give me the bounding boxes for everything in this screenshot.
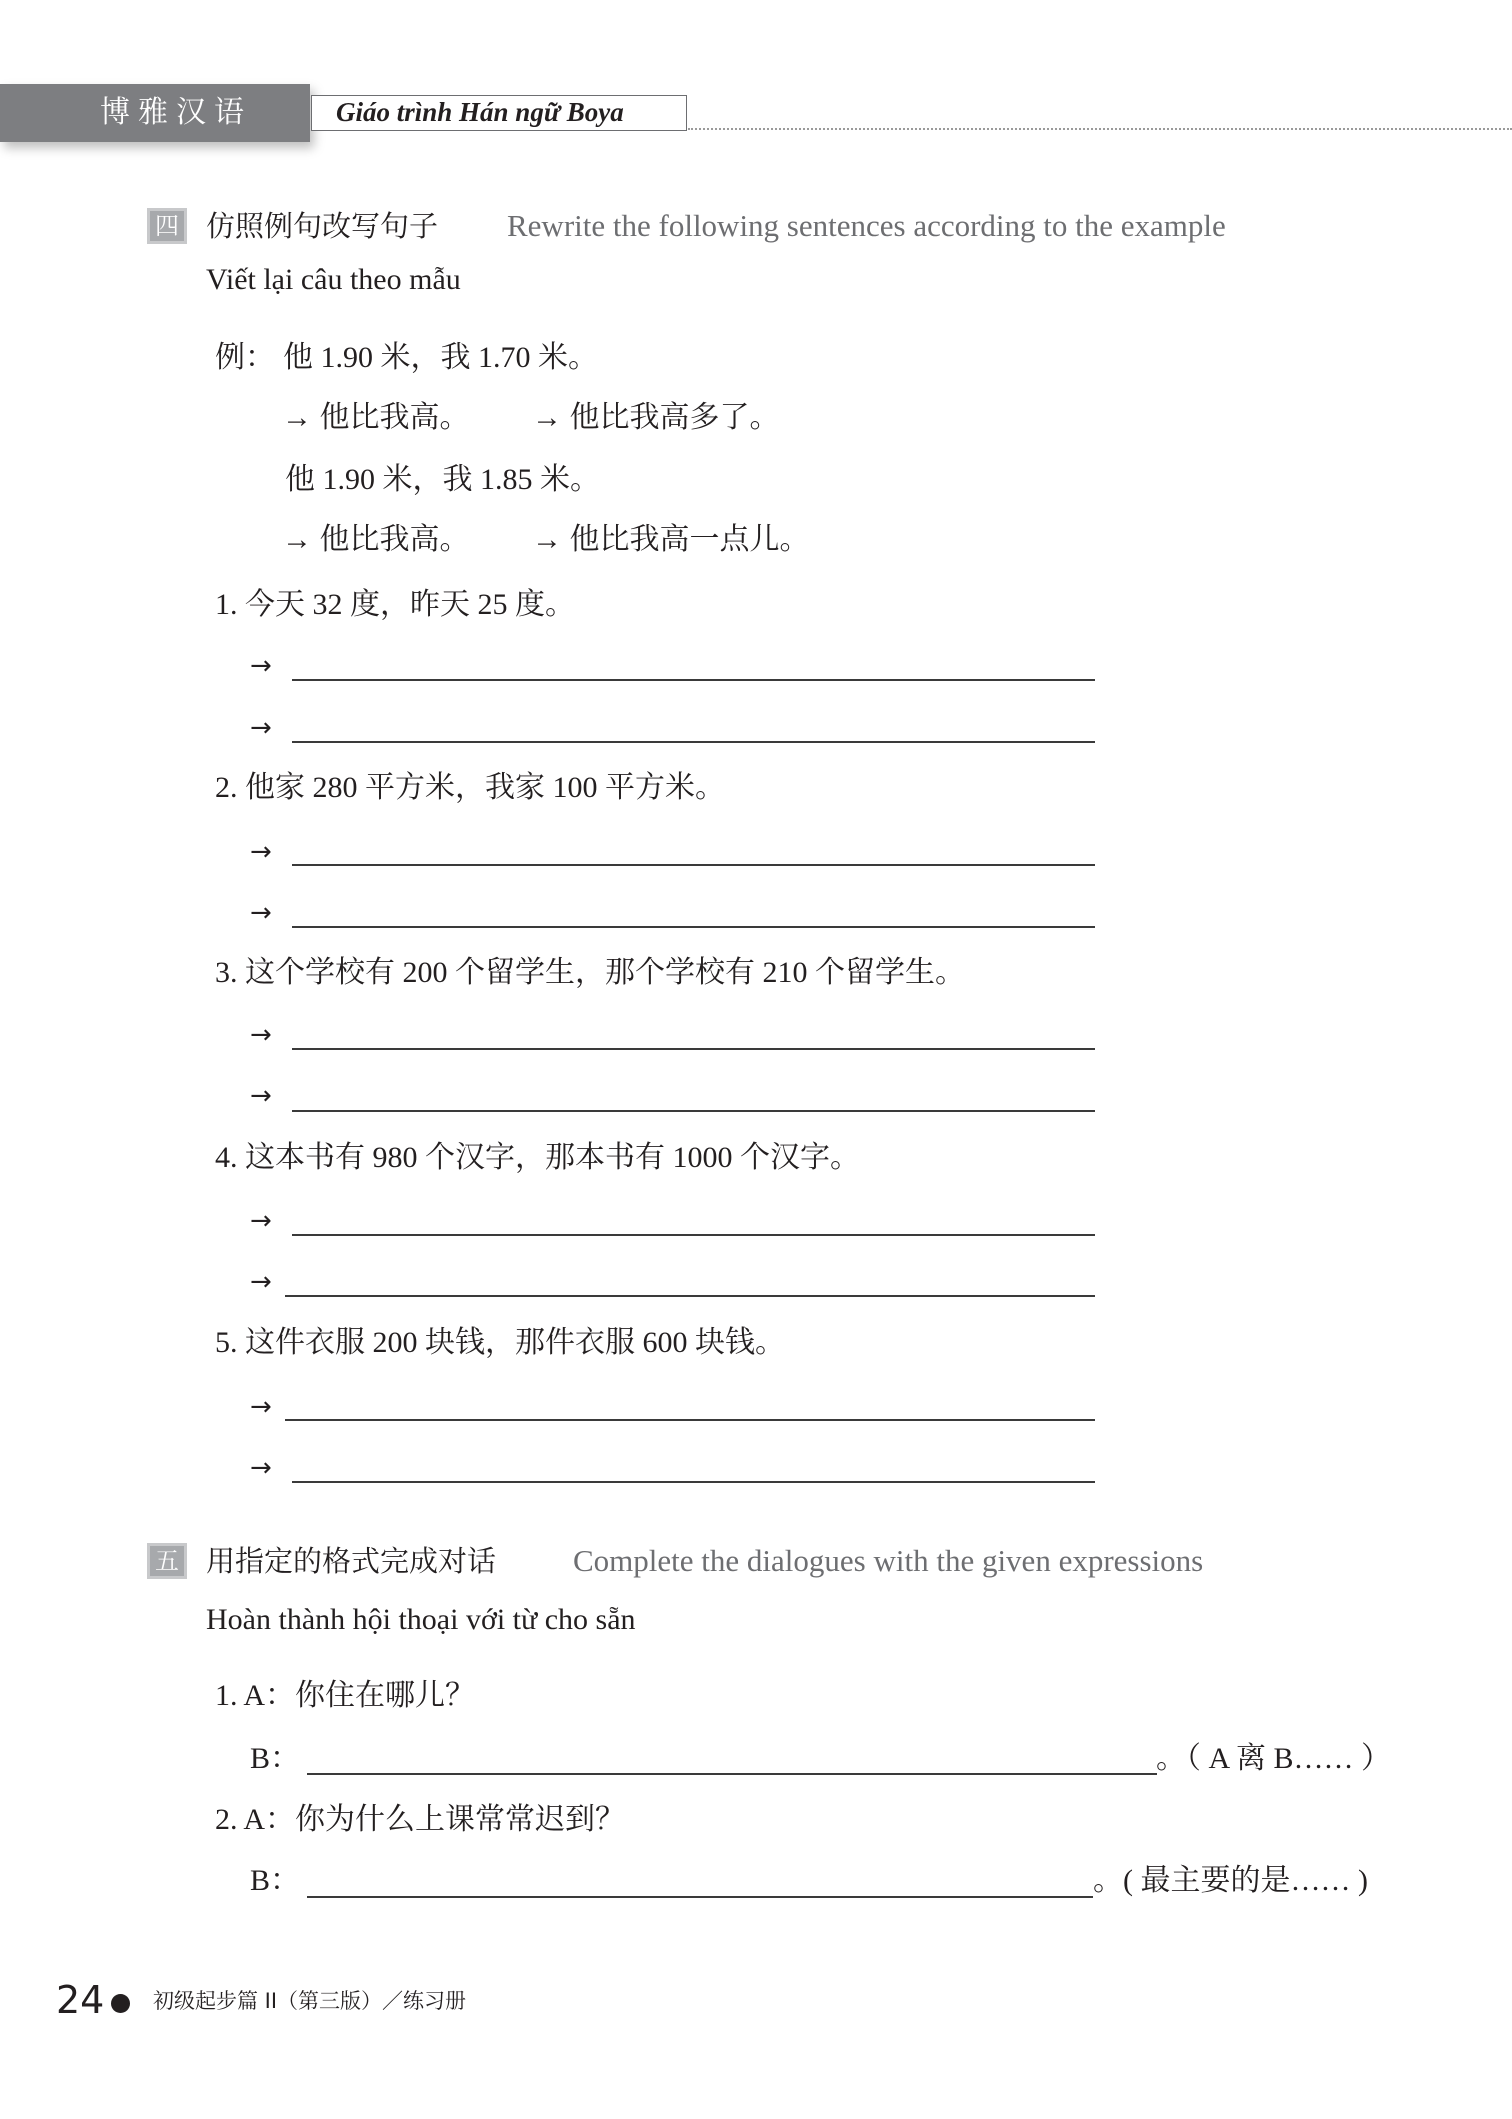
arrow-icon: → — [250, 710, 272, 746]
arrow-icon: → — [250, 834, 272, 870]
dialogue-2-b-label: B： — [250, 1861, 300, 1901]
header-dotted-rule — [688, 128, 1512, 130]
arrow-icon: → — [250, 895, 272, 931]
page-number: 24 — [56, 1976, 104, 2024]
dialogue-1-answer-line[interactable] — [307, 1773, 1157, 1775]
exercise-item-2: 2. 他家 280 平方米，我家 100 平方米。 — [215, 768, 725, 808]
example-sentence-2: 他 1.90 米，我 1.85 米。 — [285, 460, 600, 500]
dialogue-1-a: 1. A：你住在哪儿？ — [215, 1676, 475, 1716]
section-title-cn: 仿照例句改写句子 — [206, 206, 438, 246]
answer-line-2a[interactable] — [292, 864, 1095, 866]
answer-line-4b[interactable] — [285, 1295, 1095, 1297]
dialogue-1-hint: 。（ A 离 B…… ） — [1156, 1739, 1391, 1779]
arrow-icon: → — [250, 1017, 272, 1053]
arrow-icon: → — [250, 1078, 272, 1114]
section-title-vi: Hoàn thành hội thoại với từ cho sẵn — [206, 1600, 636, 1640]
answer-line-3a[interactable] — [292, 1048, 1095, 1050]
answer-line-4a[interactable] — [292, 1234, 1095, 1236]
exercise-item-1: 1. 今天 32 度，昨天 25 度。 — [215, 585, 575, 625]
dialogue-1-b-label: B： — [250, 1739, 300, 1779]
answer-line-2b[interactable] — [292, 926, 1095, 928]
series-title-vi: Giáo trình Hán ngữ Boya — [336, 94, 624, 130]
section-number-badge: 五 — [147, 1543, 187, 1579]
section-number-badge: 四 — [147, 208, 187, 244]
section-title-vi: Viết lại câu theo mẫu — [206, 260, 461, 300]
answer-line-5a[interactable] — [285, 1419, 1095, 1421]
exercise-item-4: 4. 这本书有 980 个汉字，那本书有 1000 个汉字。 — [215, 1138, 860, 1178]
dialogue-2-a: 2. A：你为什么上课常常迟到？ — [215, 1800, 625, 1840]
arrow-icon: → — [250, 648, 272, 684]
dialogue-2-answer-line[interactable] — [307, 1896, 1093, 1898]
exercise-item-3: 3. 这个学校有 200 个留学生，那个学校有 210 个留学生。 — [215, 953, 965, 993]
example-answer-1a: → 他比我高。 — [282, 398, 470, 438]
arrow-icon: → — [250, 1203, 272, 1239]
bullet-dot-icon — [111, 1994, 130, 2013]
example-label: 例： — [215, 338, 275, 378]
answer-line-1a[interactable] — [292, 679, 1095, 681]
example-sentence-1: 他 1.90 米，我 1.70 米。 — [283, 338, 598, 378]
book-title: 初级起步篇 II（第三版）／练习册 — [153, 1984, 466, 2018]
example-answer-1b: → 他比我高多了。 — [532, 398, 780, 438]
section-title-en: Rewrite the following sentences accordin… — [507, 206, 1226, 246]
dialogue-2-hint: 。( 最主要的是…… ) — [1093, 1861, 1368, 1901]
example-answer-2a: → 他比我高。 — [282, 520, 470, 560]
series-title-cn: 博雅汉语 — [100, 92, 252, 134]
section-title-cn: 用指定的格式完成对话 — [206, 1541, 496, 1581]
answer-line-3b[interactable] — [292, 1110, 1095, 1112]
section-title-en: Complete the dialogues with the given ex… — [573, 1541, 1203, 1581]
exercise-item-5: 5. 这件衣服 200 块钱，那件衣服 600 块钱。 — [215, 1323, 785, 1363]
arrow-icon: → — [250, 1389, 272, 1425]
answer-line-1b[interactable] — [292, 741, 1095, 743]
arrow-icon: → — [250, 1450, 272, 1486]
answer-line-5b[interactable] — [292, 1481, 1095, 1483]
arrow-icon: → — [250, 1264, 272, 1300]
example-answer-2b: → 他比我高一点儿。 — [532, 520, 810, 560]
